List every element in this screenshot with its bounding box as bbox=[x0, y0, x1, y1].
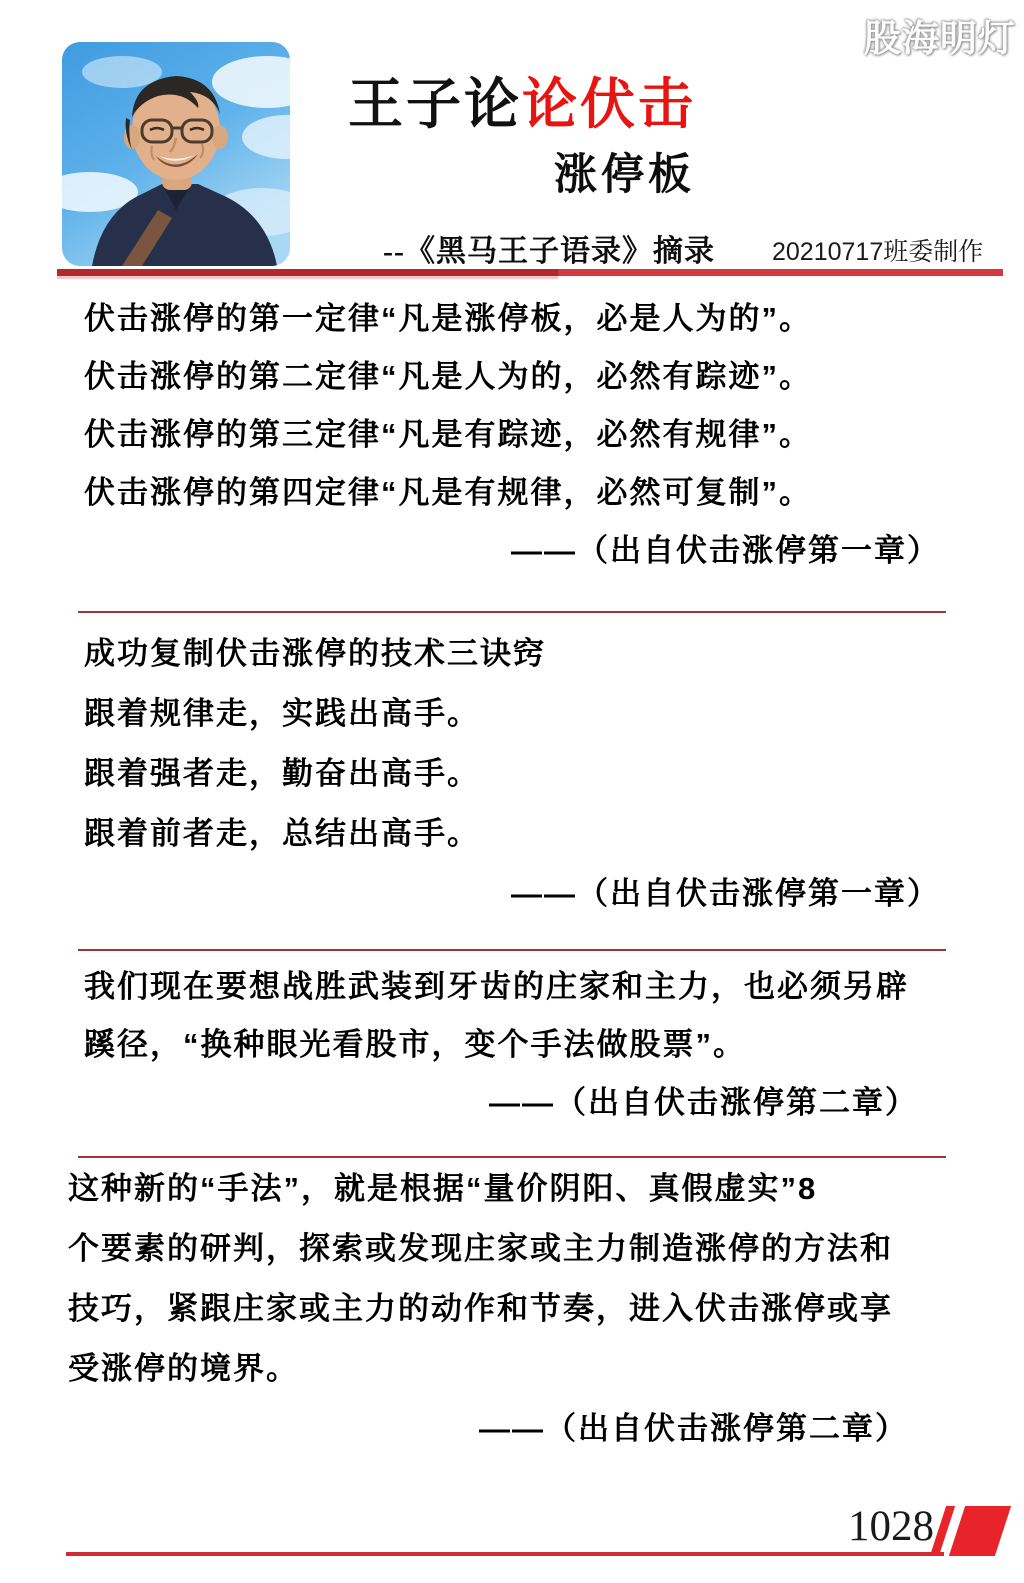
quote-line: 受涨停的境界。 bbox=[68, 1339, 960, 1399]
footer-rule bbox=[66, 1552, 944, 1556]
quote-attribution: ——（出自伏击涨停第一章） bbox=[84, 864, 946, 924]
header-rule-underglow bbox=[57, 276, 558, 279]
section-divider bbox=[78, 949, 946, 951]
quote-line: 这种新的“手法”，就是根据“量价阴阳、真假虚实”8 bbox=[68, 1159, 960, 1219]
quote-line: 成功复制伏击涨停的技术三诀窍 bbox=[84, 624, 946, 684]
quote-attribution: ——（出自伏击涨停第二章） bbox=[84, 1074, 946, 1132]
header-rule bbox=[57, 269, 1003, 276]
quote-poster-page: 股海明灯 bbox=[0, 0, 1024, 1583]
section-divider bbox=[78, 611, 946, 613]
quote-attribution: ——（出自伏击涨停第一章） bbox=[84, 522, 946, 580]
author-photo bbox=[62, 42, 290, 266]
section-divider bbox=[78, 1156, 946, 1158]
quote-section-1: 伏击涨停的第一定律“凡是涨停板，必是人为的”。 伏击涨停的第二定律“凡是人为的，… bbox=[84, 290, 946, 580]
page-title-black: 王子论 bbox=[348, 74, 522, 135]
watermark-text: 股海明灯 bbox=[864, 8, 1016, 62]
quote-line: 伏击涨停的第二定律“凡是人为的，必然有踪迹”。 bbox=[84, 348, 946, 406]
quote-line: 技巧，紧跟庄家或主力的动作和节奏，进入伏击涨停或享 bbox=[68, 1279, 960, 1339]
quote-line: 跟着强者走，勤奋出高手。 bbox=[84, 744, 946, 804]
quote-attribution: ——（出自伏击涨停第二章） bbox=[68, 1399, 960, 1459]
quote-line: 蹊径，“换种眼光看股市，变个手法做股票”。 bbox=[84, 1016, 946, 1074]
date-credit: 20210717班委制作 bbox=[772, 232, 983, 268]
footer-slash-wide bbox=[949, 1506, 1011, 1556]
quote-line: 跟着前者走，总结出高手。 bbox=[84, 804, 946, 864]
page-title-red: 论伏击 bbox=[522, 74, 696, 135]
quote-section-2: 成功复制伏击涨停的技术三诀窍 跟着规律走，实践出高手。 跟着强者走，勤奋出高手。… bbox=[84, 624, 946, 924]
quote-line: 伏击涨停的第四定律“凡是有规律，必然可复制”。 bbox=[84, 464, 946, 522]
author-portrait-illustration bbox=[62, 42, 290, 266]
quote-line: 伏击涨停的第一定律“凡是涨停板，必是人为的”。 bbox=[84, 290, 946, 348]
quote-section-4: 这种新的“手法”，就是根据“量价阴阳、真假虚实”8 个要素的研判，探索或发现庄家… bbox=[68, 1159, 960, 1459]
quote-line: 跟着规律走，实践出高手。 bbox=[84, 684, 946, 744]
page-number: 1028 bbox=[848, 1502, 934, 1551]
quote-line: 伏击涨停的第三定律“凡是有踪迹，必然有规律”。 bbox=[84, 406, 946, 464]
source-byline: --《黑马王子语录》摘录 bbox=[383, 226, 715, 270]
page-title: 王子论论伏击 bbox=[348, 60, 696, 139]
quote-section-3: 我们现在要想战胜武装到牙齿的庄家和主力，也必须另辟 蹊径，“换种眼光看股市，变个… bbox=[84, 958, 946, 1132]
quote-line: 个要素的研判，探索或发现庄家或主力制造涨停的方法和 bbox=[68, 1219, 960, 1279]
quote-line: 我们现在要想战胜武装到牙齿的庄家和主力，也必须另辟 bbox=[84, 958, 946, 1016]
page-subtitle: 涨停板 bbox=[554, 141, 695, 202]
